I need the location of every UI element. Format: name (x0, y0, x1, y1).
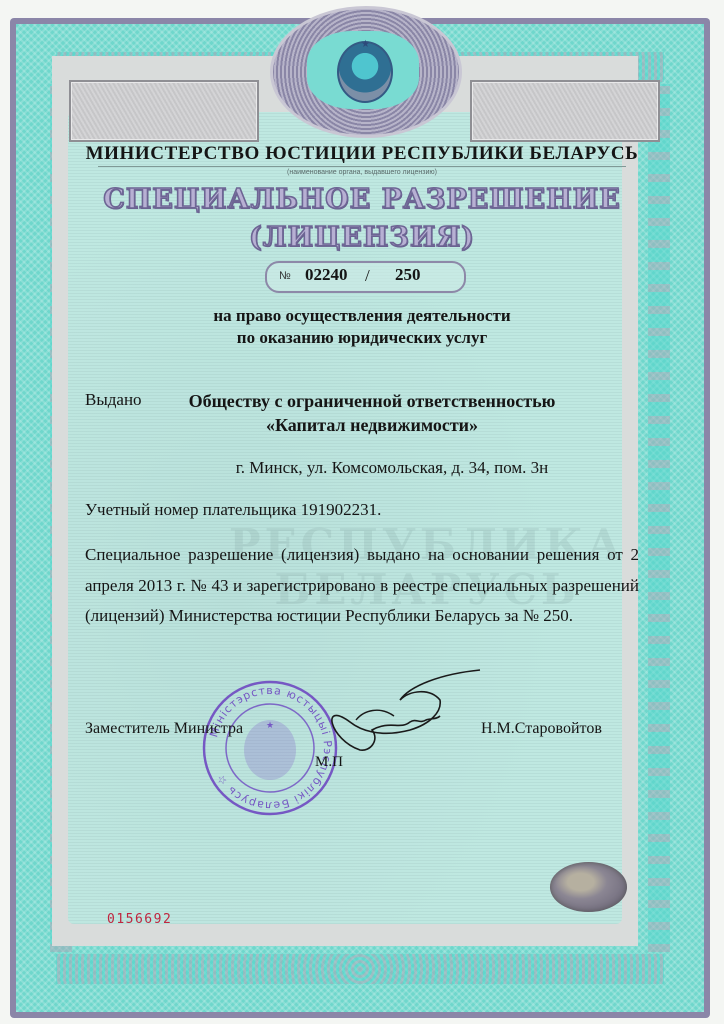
svg-text:★: ★ (266, 720, 274, 730)
issuing-authority: МИНИСТЕРСТВО ЮСТИЦИИ РЕСПУБЛИКИ БЕЛАРУСЬ (0, 143, 724, 165)
license-number: 02240 (305, 265, 348, 285)
taxpayer-number: Учетный номер плательщика 191902231. (85, 500, 381, 520)
registry-number: 250 (395, 265, 421, 285)
signature-icon (290, 660, 490, 760)
signer-position: Заместитель Министра (85, 720, 243, 738)
license-purpose: на право осуществления деятельности по о… (0, 305, 724, 349)
stamp-place-label: М.П (315, 754, 343, 771)
document-title: СПЕЦИАЛЬНОЕ РАЗРЕШЕНИЕ (0, 184, 724, 215)
number-sign: № (279, 270, 291, 282)
issued-label: Выдано (85, 390, 142, 410)
issuance-basis: Специальное разрешение (лицензия) выдано… (85, 540, 639, 632)
certificate-content: МИНИСТЕРСТВО ЮСТИЦИИ РЕСПУБЛИКИ БЕЛАРУСЬ… (0, 0, 724, 1024)
divider (98, 166, 626, 167)
licensee-address: г. Минск, ул. Комсомольская, д. 34, пом.… (0, 458, 724, 478)
issuing-authority-caption: (наименование органа, выдавшего лицензию… (0, 169, 724, 176)
licensee-name: Обществу с ограниченной ответственностью… (160, 389, 584, 437)
hologram-icon (550, 862, 627, 912)
document-subtitle: (ЛИЦЕНЗИЯ) (0, 222, 724, 253)
license-number-box: № 02240 / 250 (265, 261, 466, 293)
signer-name: Н.М.Старовойтов (481, 720, 602, 738)
number-separator: / (365, 266, 370, 286)
form-serial-number: 0156692 (107, 912, 172, 927)
